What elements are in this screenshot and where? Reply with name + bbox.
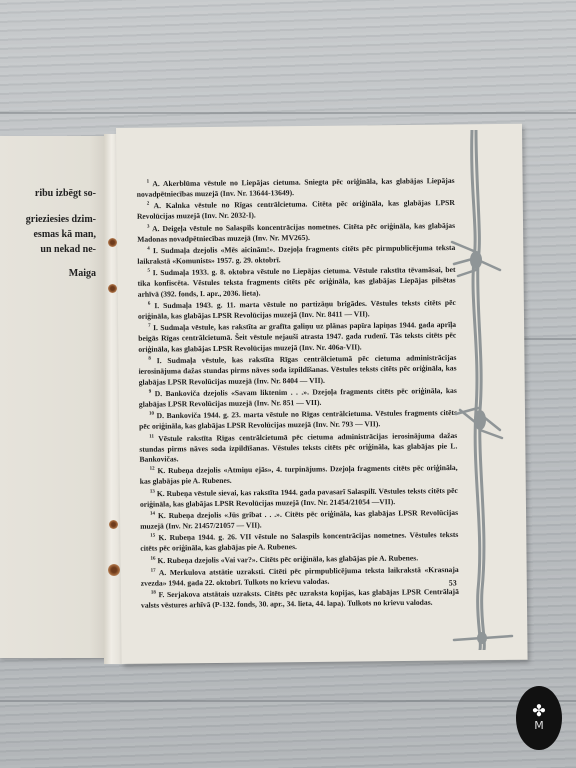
footnote-text: D. Bankoviča 1944. g. 23. marta vēstule … — [139, 408, 457, 431]
footnote-text: K. Rubeņa vēstule sievai, kas rakstīta 1… — [140, 486, 458, 509]
footnote-text: I. Sudmaļa vēstule, kas rakstīta Rīgas c… — [139, 353, 457, 386]
flower-logo-icon: ✤ — [532, 704, 545, 720]
footnote: 5 I. Sudmaļa 1933. g. 8. oktobra vēstule… — [137, 264, 455, 300]
footnote: 2 A. Kalnka vēstule no Rīgas centrālciet… — [137, 197, 455, 223]
rust-staple — [109, 520, 118, 529]
footnote-number: 8 — [148, 357, 151, 362]
footnote: 10 D. Bankoviča 1944. g. 23. marta vēstu… — [139, 407, 457, 433]
footnote-text: I. Sudmaļa dzejolis «Mēs aicinām!». Dzej… — [137, 243, 455, 266]
footnote-text: A. Kalnka vēstule no Rīgas centrālcietum… — [137, 198, 455, 221]
footnote: 3 A. Deigeļa vēstule no Salaspils koncen… — [137, 219, 455, 245]
rust-staple — [108, 564, 120, 576]
footnote-number: 1 — [147, 180, 150, 185]
footnote-number: 14 — [150, 512, 155, 517]
left-line: ribu izbēgt so- — [0, 186, 96, 201]
footnote: 14 K. Rubeņa dzejolis «Jūs gribat . . .»… — [140, 507, 458, 533]
footnote-text: I. Sudmaļa vēstule, kas rakstīta ar graf… — [138, 320, 456, 353]
footnote-number: 9 — [149, 390, 152, 395]
footnote-text: K. Rubeņa dzejolis «Vai var?». Citēts pē… — [157, 553, 418, 565]
plank-seam — [0, 112, 576, 114]
footnote-text: K. Rubeņa 1944. g. 26. VII vēstule no Sa… — [140, 530, 458, 553]
footnote-number: 12 — [150, 467, 155, 472]
footnote-text: A. Deigeļa vēstule no Salaspils koncentr… — [137, 221, 455, 244]
footnote-number: 13 — [150, 489, 155, 494]
footnote-number: 10 — [149, 412, 154, 417]
left-page-text: ribu izbēgt so- grieziesies dzim- esmas … — [0, 186, 96, 281]
footnote-number: 4 — [147, 247, 150, 252]
footnote-text: I. Sudmaļa 1943. g. 11. marta vēstule no… — [138, 298, 456, 321]
rust-staple — [108, 238, 117, 247]
footnote-number: 5 — [147, 269, 150, 274]
footnote-number: 15 — [150, 534, 155, 539]
footnote: 8 I. Sudmaļa vēstule, kas rakstīta Rīgas… — [138, 352, 456, 388]
rust-staple — [108, 284, 117, 293]
footnote: 15 K. Rubeņa 1944. g. 26. VII vēstule no… — [140, 529, 458, 555]
footnote-text: D. Bankoviča dzejolis «Savam liktenim . … — [139, 386, 457, 409]
footnote-number: 11 — [149, 434, 154, 439]
footnote: 17 A. Merkulova atstātie uzraksti. Citēt… — [141, 563, 459, 589]
footnote-number: 18 — [151, 591, 156, 596]
left-page: ribu izbēgt so- grieziesies dzim- esmas … — [0, 136, 112, 658]
footnote: 6 I. Sudmaļa 1943. g. 11. marta vēstule … — [138, 297, 456, 323]
signature: Maiga — [0, 266, 96, 281]
footnote-text: F. Serjakova atstātais uzraksts. Citēts … — [141, 587, 459, 610]
plank-seam — [0, 700, 576, 702]
footnote: 1 A. Akerblūma vēstule no Liepājas cietu… — [137, 174, 455, 200]
footnotes: 1 A. Akerblūma vēstule no Liepājas cietu… — [137, 174, 460, 611]
footnote: 11 Vēstule rakstīta Rīgas centrālcietumā… — [139, 429, 457, 465]
footnote-number: 17 — [151, 568, 156, 573]
footnote: 12 K. Rubeņa dzejolis «Atmiņu ejās», 4. … — [140, 462, 458, 488]
footnote-number: 7 — [148, 324, 151, 329]
footnote-number: 2 — [147, 202, 150, 207]
left-line: un nekad ne- — [0, 242, 96, 257]
footnote-number: 3 — [147, 224, 150, 229]
footnote-text: I. Sudmaļa 1933. g. 8. oktobra vēstule n… — [138, 265, 456, 298]
footnote: 4 I. Sudmaļa dzejolis «Mēs aicinām!». Dz… — [137, 241, 455, 267]
footnote-text: A. Merkulova atstātie uzraksti. Citēti p… — [141, 565, 459, 588]
left-line: grieziesies dzim- — [0, 212, 96, 227]
watermark-logo: ✤ M — [516, 686, 562, 750]
footnote: 7 I. Sudmaļa vēstule, kas rakstīta ar gr… — [138, 319, 456, 355]
footnote: 13 K. Rubeņa vēstule sievai, kas rakstīt… — [140, 484, 458, 510]
logo-letter: M — [534, 720, 544, 732]
footnote: 18 F. Serjakova atstātais uzraksts. Citē… — [141, 585, 459, 611]
footnote-text: K. Rubeņa dzejolis «Jūs gribat . . .». C… — [140, 508, 458, 531]
left-line: esmas kā man, — [0, 227, 96, 242]
footnote: 9 D. Bankoviča dzejolis «Savam liktenim … — [139, 384, 457, 410]
footnote-number: 6 — [148, 302, 151, 307]
footnote-text: A. Akerblūma vēstule no Liepājas cietuma… — [137, 176, 455, 199]
plank-seam — [520, 338, 576, 340]
footnote-text: K. Rubeņa dzejolis «Atmiņu ejās», 4. tur… — [140, 463, 458, 486]
barbed-wire-icon — [448, 130, 518, 650]
footnote-number: 16 — [150, 556, 155, 561]
footnote-text: Vēstule rakstīta Rīgas centrālcietumā pē… — [139, 431, 457, 464]
